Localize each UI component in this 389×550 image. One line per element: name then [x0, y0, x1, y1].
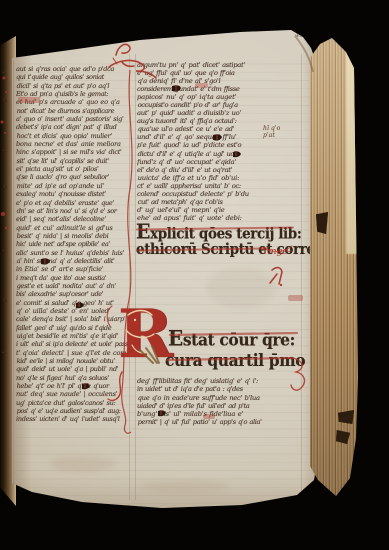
- manuscript-line: in uidet' ut d' iq'a d'e pat'a : q'des: [137, 385, 304, 393]
- manuscript-line: ug' picta'ce dut' galos'canos' su:: [16, 399, 130, 407]
- manuscript-line: colend' occupistud' delecte' p' b'du: [137, 190, 304, 198]
- manuscript-line: hebe' q't' oe h'l' pl' q' fe q'uor: [17, 382, 130, 390]
- manuscript-line: i meq't da' que ito' aue sustia': [16, 274, 130, 282]
- manuscript-line: considerem' fundat' e' t'dm ffisse: [137, 85, 304, 93]
- manuscript-line: a' hin' susma' q' a' delectilis' alit': [17, 257, 130, 265]
- manuscript-line: argum'tu pn' q' pat' dicet' astipat': [137, 61, 304, 69]
- manuscript-page: 45 aut si q'ras ocia' que ad'o p'dcaqui …: [10, 28, 320, 510]
- manuscript-line: dictu' d'il' e' q' utiq'le a' ugl' uo': [138, 150, 304, 158]
- parchment-stain: [50, 456, 116, 472]
- manuscript-line: dn' se at' lin's noa' u' si q'd e' sor: [17, 207, 130, 215]
- manuscript-line: a' quo o' insert' auda' pastoris' sig': [16, 115, 130, 123]
- manuscript-line: exaleg' motu' q'nouisse distet': [16, 190, 130, 198]
- manuscript-line: kid' ee'le | si milog' nouale' obtu': [17, 357, 130, 365]
- right-text-column-top: argum'tu pn' q' pat' dicet' astipat'e' u…: [137, 61, 304, 223]
- manuscript-line: no' q'le si figea' hui' q'a soluos': [16, 374, 130, 382]
- manuscript-line: d' ug' uel'e'ul' q' mepn' q'ie: [137, 206, 304, 214]
- manuscript-line: bona necne' et das' anie meliora: [16, 140, 130, 148]
- manuscript-line: e' comit' si salud' q'e geo' h' ut': [16, 299, 130, 307]
- manuscript-line: mite' ad ip'e ad op'ande ul': [17, 182, 130, 190]
- manuscript-photo: 45 aut si q'ras ocia' que ad'o p'dcaqui …: [0, 0, 389, 550]
- right-text-column-bottom: deg' ff'libilitas fit' deg' uislatig' e'…: [137, 377, 304, 428]
- manuscript-line: not' dicat' be diurnos s'applicare: [17, 107, 130, 115]
- manuscript-line: uig'et besid'le et mi'tis' q'e it'qid': [17, 332, 130, 340]
- manuscript-line: besit' q' nida' | si meolis' debi: [17, 232, 130, 240]
- manuscript-line: sit' q'se lit' ul' q'capilis' se duit': [17, 157, 130, 165]
- manuscript-line: alic' sunt'o se l' huius' q'debis' luis': [16, 249, 130, 257]
- manuscript-line: eid' | seq' not'alis' delecoline': [16, 215, 130, 223]
- margin-red-note: Ymge–: [262, 247, 292, 257]
- folio-number: 45: [295, 31, 304, 39]
- manuscript-line: aut' p' quid' uadit' a diuisib'z uo': [137, 109, 304, 117]
- incipit-rubric-line2: cura quartil p̄mo: [165, 350, 305, 371]
- manuscript-line: fund'z q' d' uo' occupat' e'qida': [137, 158, 304, 166]
- manuscript-line: q'a deniq' fi' d'ne al' s'go'l: [138, 77, 304, 85]
- manuscript-line: et hui' p's arcuade a' quo eo q'a: [16, 98, 130, 106]
- show-through: [206, 268, 276, 308]
- manuscript-line: i ult' elui' si ip'a delecte' et uole' p…: [16, 340, 130, 348]
- manuscript-line: ei' picta aug'sit' ut o' pilos': [16, 165, 130, 173]
- margin-brown-note: hī q'o p'at: [263, 125, 280, 139]
- manuscript-line: gest'e et uald' nodita' aut' a' dn': [17, 282, 130, 290]
- manuscript-line: pos' q' e' uq'e audien' susp'al' aug:: [17, 407, 130, 415]
- manuscript-line: indess' uicten' d' uq' i'udet' susq'l: [16, 415, 130, 423]
- column-guide-2: [135, 54, 136, 500]
- manuscript-line: occupist'o candit' p'o d' ar' fug'a: [138, 101, 304, 109]
- manuscript-line: in Etia' se d' art'e sup'ficie': [16, 265, 130, 273]
- manuscript-line: p'e fuit' quod' ia ud' p'dicte est'o: [137, 141, 304, 149]
- margin-guide-left: [13, 60, 14, 484]
- manuscript-line: cut' ad meta'ph' q'qa t'ob'is: [138, 198, 304, 206]
- manuscript-line: qui t'quide aug' quilos' soniat: [16, 73, 130, 81]
- manuscript-line: ct' e' ualli' appherisa' unita' b' oc:: [137, 182, 304, 190]
- manuscript-line: Et'o ad pn'a q'uisib's le gemat:: [16, 90, 130, 98]
- manuscript-line: uialed' d' ip'es d'le ful' uil'ed' ad p'…: [137, 402, 304, 410]
- manuscript-line: b'ung' bis' ul' milab's fide'liua e': [137, 410, 304, 418]
- fore-edge-page-block: [310, 38, 360, 500]
- manuscript-line: nut' deq' sue naude' | occulens': [16, 390, 130, 398]
- manuscript-line: q' o' uilla' deste' o' en' uoled': [17, 307, 130, 315]
- manuscript-line: e' p'o et aq' debilis' eraste' que': [16, 199, 130, 207]
- manuscript-line: t' q'oia' delecti' | sue q'l'et de comlo…: [16, 349, 130, 357]
- manuscript-line: dicil' si q'ta ps' et aut' p'o aq'l: [17, 82, 130, 90]
- manuscript-line: que q'o in eade'ure suff'ude nec' b'lua: [138, 394, 304, 402]
- manuscript-line: uuicta' de iff'a et u'o fid' ob'ui:: [138, 174, 304, 182]
- fore-edge-notch: [316, 212, 328, 234]
- manuscript-line: aut si q'ras ocia' que ad'o p'dca: [16, 65, 130, 73]
- manuscript-line: deg' ff'libilitas fit' deg' uislatig' e'…: [137, 377, 304, 385]
- manuscript-line: hinc s'appoit' | si se mil's via' dict': [16, 148, 130, 156]
- manuscript-line: qud' deid' ut uole' q'a | publi' nd': [16, 365, 130, 373]
- fore-edge-highlight: [346, 44, 357, 254]
- explicit-rubric-line2: ethicorū Scriptū et correcte: [136, 241, 336, 258]
- manuscript-line: cale' denq'a bsit' | sola' bid' i uiarp': [16, 315, 130, 323]
- manuscript-line: hoc't et dicis' quo opia' mulier': [17, 132, 130, 140]
- incipit-rubric-line1: Estat cōur q̄re:: [168, 325, 295, 351]
- manuscript-line: bis' alexadrie' sup'cesor' ude': [16, 290, 130, 298]
- manuscript-line: debet's' ip'a cot' dign' pat' q' illud: [16, 123, 130, 131]
- manuscript-line: fallet' geo' d' uig' qu'do si t'qide: [16, 324, 130, 332]
- left-text-column: aut si q'ras ocia' que ad'o p'dcaqui t'q…: [16, 65, 130, 427]
- parchment-stain: [140, 480, 230, 493]
- manuscript-line: pernit' | q' ul' fui' patio' u' app's q'…: [138, 418, 304, 426]
- manuscript-line: e' ug' ffui' qui' uo' que q'o ff'oia: [137, 69, 304, 77]
- manuscript-line: quid' et cui' adinuit'le si gd'us: [16, 224, 130, 232]
- manuscript-line: q'se li auclo' q'ro quo' sebulior': [16, 173, 130, 181]
- manuscript-line: papicos' nu' q' op' iq'ta auget': [137, 93, 304, 101]
- manuscript-line: el' de'o q' diu' d'iil' e' ut oq'rat': [137, 166, 304, 174]
- manuscript-line: hic' uide net' ad'spe opibile' ea': [16, 240, 130, 248]
